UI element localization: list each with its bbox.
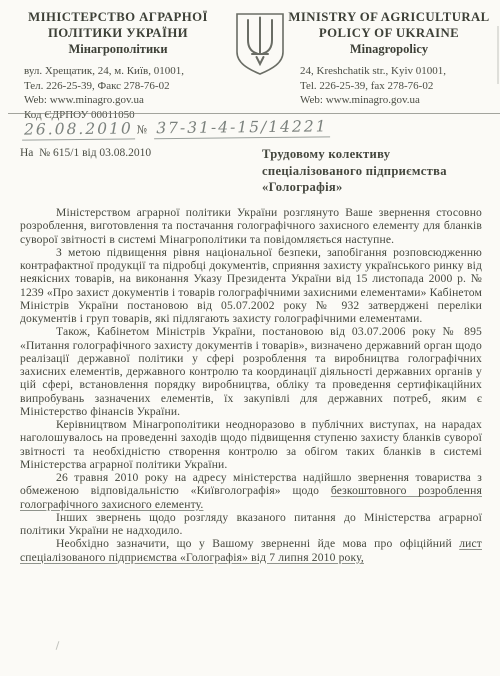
ministry-shortname-en: Minagropolicy [286,42,492,57]
trident-icon [233,12,287,76]
web-line-en: Web: www.minagro.gov.ua [300,93,492,108]
scan-edge-artifact [497,26,499,84]
recipient-line: спеціалізованого підприємства [262,163,447,180]
ministry-title-en-line2: POLICY OF UKRAINE [286,26,492,42]
number-sign: № [137,123,148,136]
ministry-title-en: MINISTRY OF AGRICULTURAL POLICY OF UKRAI… [286,10,492,41]
phone-line-en: Tel. 226-25-39, fax 278-76-02 [300,79,492,94]
letter-body: Міністерством аграрної політики України … [20,206,482,564]
body-text-segment: Також, Кабінетом Міністрів України, пост… [20,325,482,418]
ministry-title-uk-line1: МІНІСТЕРСТВО АГРАРНОЇ [18,10,218,26]
ministry-title-uk: МІНІСТЕРСТВО АГРАРНОЇ ПОЛІТИКИ УКРАЇНИ [18,10,218,41]
body-paragraph: Необхідно зазначити, що у Вашому звернен… [20,537,482,564]
body-text-segment: Інших звернень щодо розгляду вказаного п… [20,511,482,537]
letterhead-ukrainian: МІНІСТЕРСТВО АГРАРНОЇ ПОЛІТИКИ УКРАЇНИ М… [18,10,218,122]
body-paragraph: Інших звернень щодо розгляду вказаного п… [20,511,482,538]
divider-line [8,113,500,114]
ministry-title-uk-line2: ПОЛІТИКИ УКРАЇНИ [18,26,218,42]
address-line-en: 24, Kreshchatik str., Kyiv 01001, [300,64,492,79]
body-paragraph: Керівництвом Мінагрополітики неодноразов… [20,418,482,471]
handwritten-date: 26.08.2010 [22,119,135,140]
outgoing-reference-row: 26.08.2010№ 37-31-4-15/14221 [22,116,330,138]
body-paragraph: З метою підвищення рівня національної бе… [20,246,482,326]
recipient-line: Трудовому колективу [262,146,447,163]
letterhead-english: MINISTRY OF AGRICULTURAL POLICY OF UKRAI… [286,10,492,108]
phone-line-uk: Тел. 226-25-39, Факс 278-76-02 [24,79,218,94]
stray-pen-mark [56,641,60,650]
body-text-segment: Міністерством аграрної політики України … [20,206,482,246]
recipient-line: «Голографія» [262,179,447,196]
body-paragraph: Також, Кабінетом Міністрів України, пост… [20,325,482,418]
ukraine-trident-emblem [233,12,287,76]
ministry-title-en-line1: MINISTRY OF AGRICULTURAL [286,10,492,26]
ministry-shortname-uk: Мінагрополітики [18,42,218,57]
incoming-reference: На № 615/1 від 03.08.2010 [20,147,151,159]
address-block-en: 24, Kreshchatik str., Kyiv 01001, Tel. 2… [286,64,492,108]
body-paragraph: 26 травня 2010 року на адресу міністерст… [20,471,482,511]
body-text-segment: Необхідно зазначити, що у Вашому звернен… [56,537,459,550]
handwritten-number: 37-31-4-15/14221 [154,117,329,139]
body-paragraph: Міністерством аграрної політики України … [20,206,482,246]
address-line-uk: вул. Хрещатик, 24, м. Київ, 01001, [24,64,218,79]
web-line-uk: Web: www.minagro.gov.ua [24,93,218,108]
body-text-segment: З метою підвищення рівня національної бе… [20,246,482,325]
recipient-block: Трудовому колективу спеціалізованого під… [262,146,447,196]
letter-page: МІНІСТЕРСТВО АГРАРНОЇ ПОЛІТИКИ УКРАЇНИ М… [0,0,500,676]
body-text-segment: Керівництвом Мінагрополітики неодноразов… [20,418,482,471]
